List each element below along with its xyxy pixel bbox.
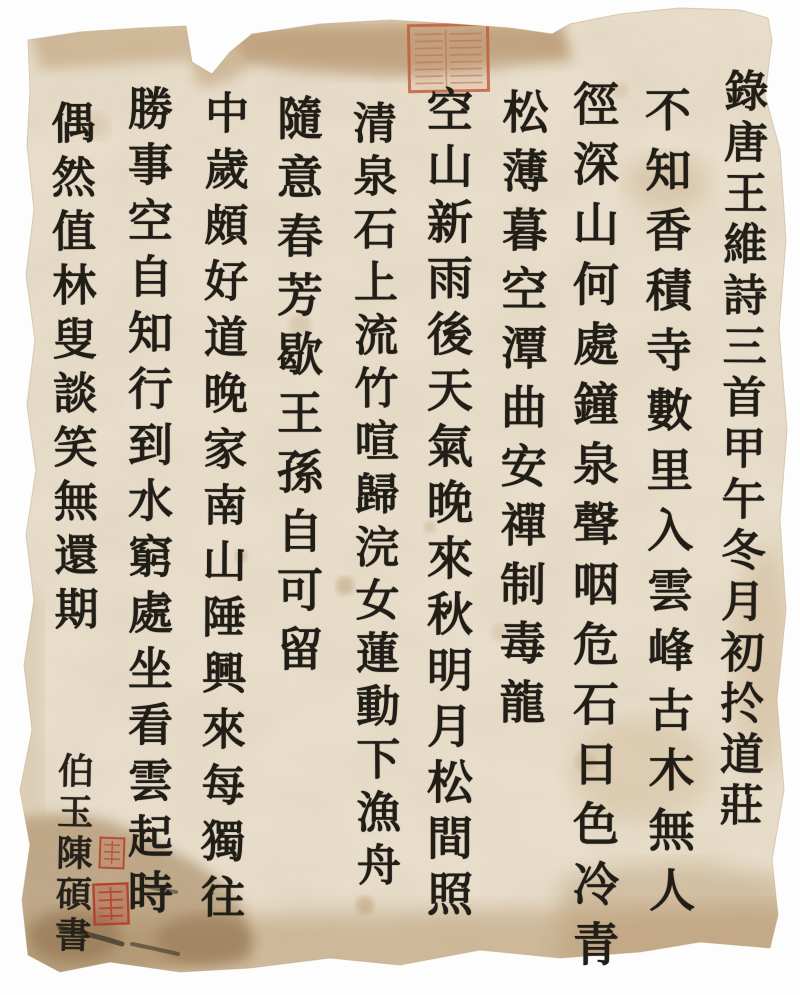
calligraphy-column-1: 錄唐王維詩三首甲午冬月初扵道莊 [704,68,773,833]
photograph-background: 錄唐王維詩三首甲午冬月初扵道莊 不知香積寺數里入雲峰古木無人 徑深山何處鐘泉聲咽… [0,0,800,995]
calligraphy-column-10: 偶然值林叟談笑無還期 [36,100,104,640]
calligraphy-column-4: 松薄暮空潭曲安禪制毒龍 [486,88,555,737]
calligraphy-column-5: 空山新雨後天氣晚來秋明月松間照 [414,86,480,926]
top-collector-seal [408,24,488,91]
calligraphy-column-8: 中歲頗好道晚家南山陲興來每獨往 [186,90,254,930]
artist-signature: 伯玉陳碩書 [44,752,99,958]
calligraphy-column-9: 勝事空自知行到水窮處坐看雲起時 [114,85,179,925]
calligraphy-column-2: 不知香積寺數里入雲峰古木無人 [632,86,702,926]
calligraphy-column-6: 清泉石上流竹喧歸浣女蓮動下漁舟 [338,100,406,895]
calligraphy-column-3: 徑深山何處鐘泉聲咽危石日色冷青 [560,80,626,980]
calligraphy-column-7: 隨意春芳歇王孫自可留 [264,94,330,684]
